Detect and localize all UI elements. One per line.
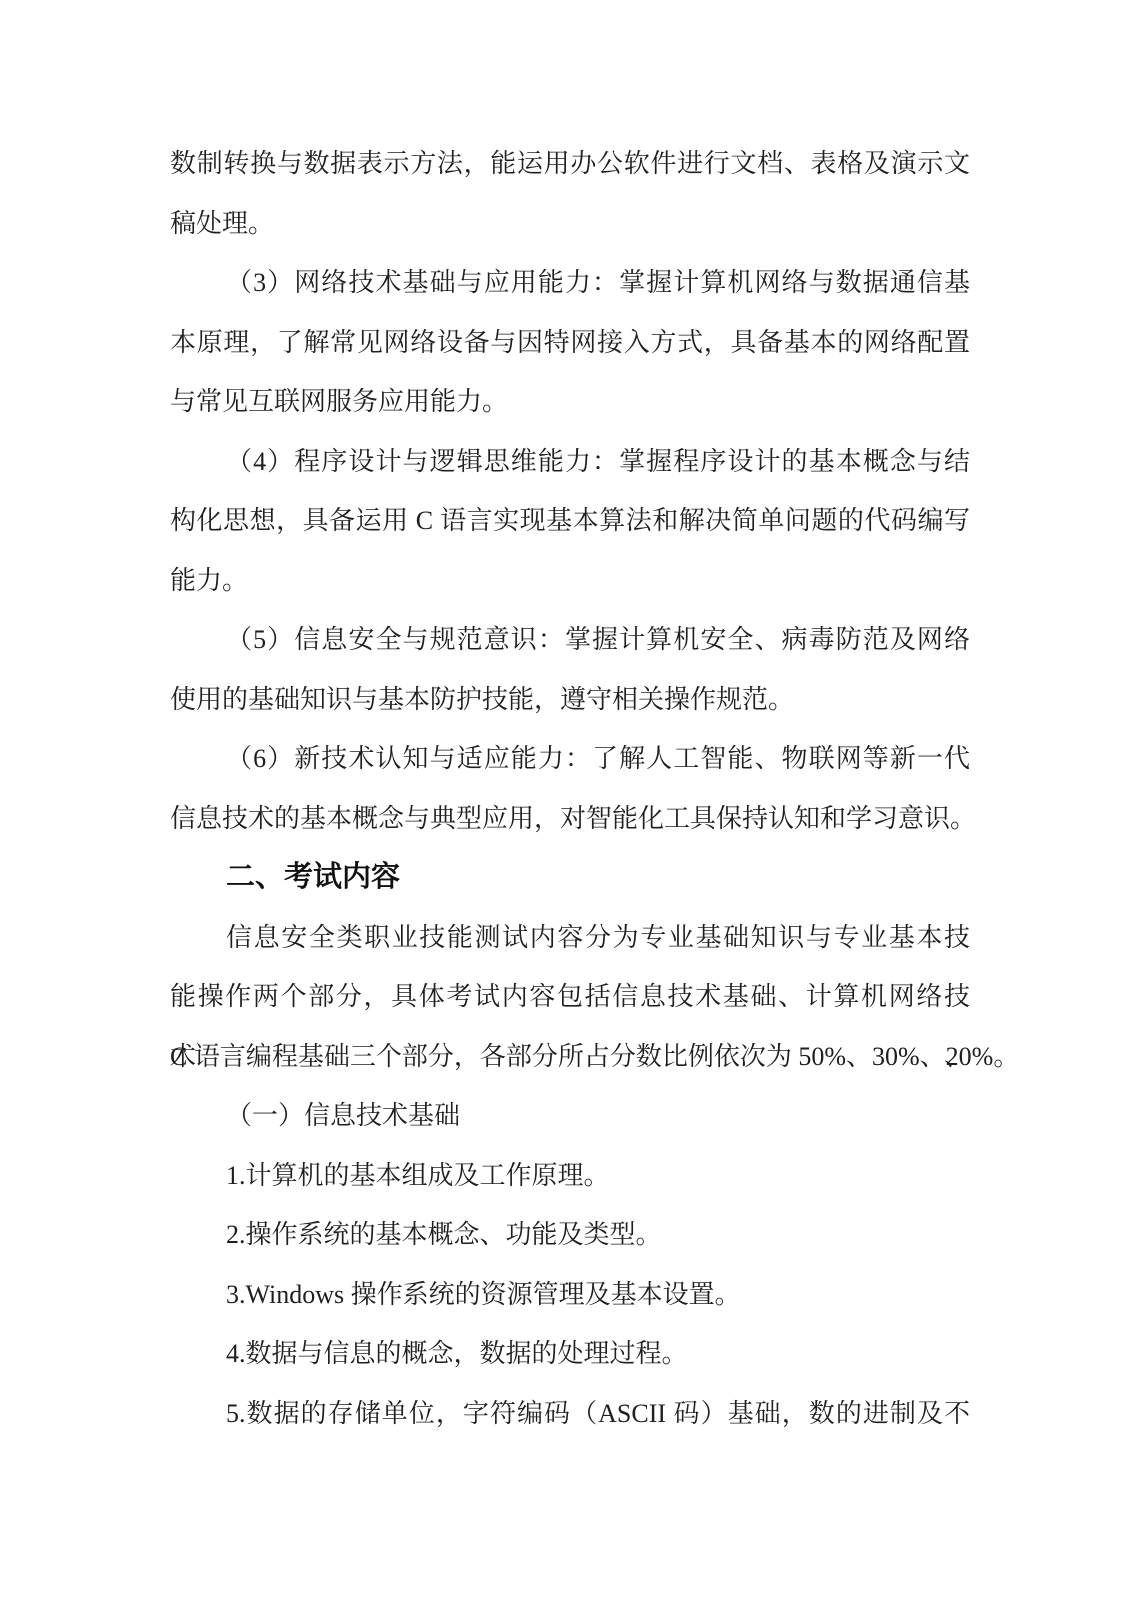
text-line-02: 稿处理。: [170, 194, 970, 254]
text-line-04: 本原理，了解常见网络设备与因特网接入方式，具备基本的网络配置: [170, 313, 970, 373]
text-line-07: 构化思想，具备运用 C 语言实现基本算法和解决简单问题的代码编写: [170, 491, 970, 551]
text-line-08: 能力。: [170, 551, 970, 611]
text-line-05: 与常见互联网服务应用能力。: [170, 372, 970, 432]
document-page: 数制转换与数据表示方法，能运用办公软件进行文档、表格及演示文 稿处理。 （3）网…: [0, 0, 1131, 1600]
list-item-5: 5.数据的存储单位，字符编码（ASCII 码）基础，数的进制及不: [170, 1384, 970, 1444]
list-item-2: 2.操作系统的基本概念、功能及类型。: [170, 1205, 970, 1265]
text-line-12: 信息技术的基本概念与典型应用，对智能化工具保持认知和学习意识。: [170, 789, 970, 849]
text-line-06: （4）程序设计与逻辑思维能力：掌握程序设计的基本概念与结: [170, 432, 970, 492]
text-line-09: （5）信息安全与规范意识：掌握计算机安全、病毒防范及网络: [170, 610, 970, 670]
text-line-15: 能操作两个部分，具体考试内容包括信息技术基础、计算机网络技术、: [170, 967, 970, 1027]
subsection-heading-it-basics: （一）信息技术基础: [170, 1086, 970, 1146]
section-heading-exam-content: 二、考试内容: [170, 848, 970, 908]
list-item-1: 1.计算机的基本组成及工作原理。: [170, 1146, 970, 1206]
text-line-14: 信息安全类职业技能测试内容分为专业基础知识与专业基本技: [170, 908, 970, 968]
text-line-01: 数制转换与数据表示方法，能运用办公软件进行文档、表格及演示文: [170, 134, 970, 194]
text-block: 数制转换与数据表示方法，能运用办公软件进行文档、表格及演示文 稿处理。 （3）网…: [170, 134, 970, 1443]
list-item-3: 3.Windows 操作系统的资源管理及基本设置。: [170, 1265, 970, 1325]
text-line-11: （6）新技术认知与适应能力：了解人工智能、物联网等新一代: [170, 729, 970, 789]
text-line-03: （3）网络技术基础与应用能力：掌握计算机网络与数据通信基: [170, 253, 970, 313]
list-item-4: 4.数据与信息的概念，数据的处理过程。: [170, 1324, 970, 1384]
text-line-16: C 语言编程基础三个部分，各部分所占分数比例依次为 50%、30%、20%。: [170, 1027, 970, 1087]
text-line-10: 使用的基础知识与基本防护技能，遵守相关操作规范。: [170, 670, 970, 730]
